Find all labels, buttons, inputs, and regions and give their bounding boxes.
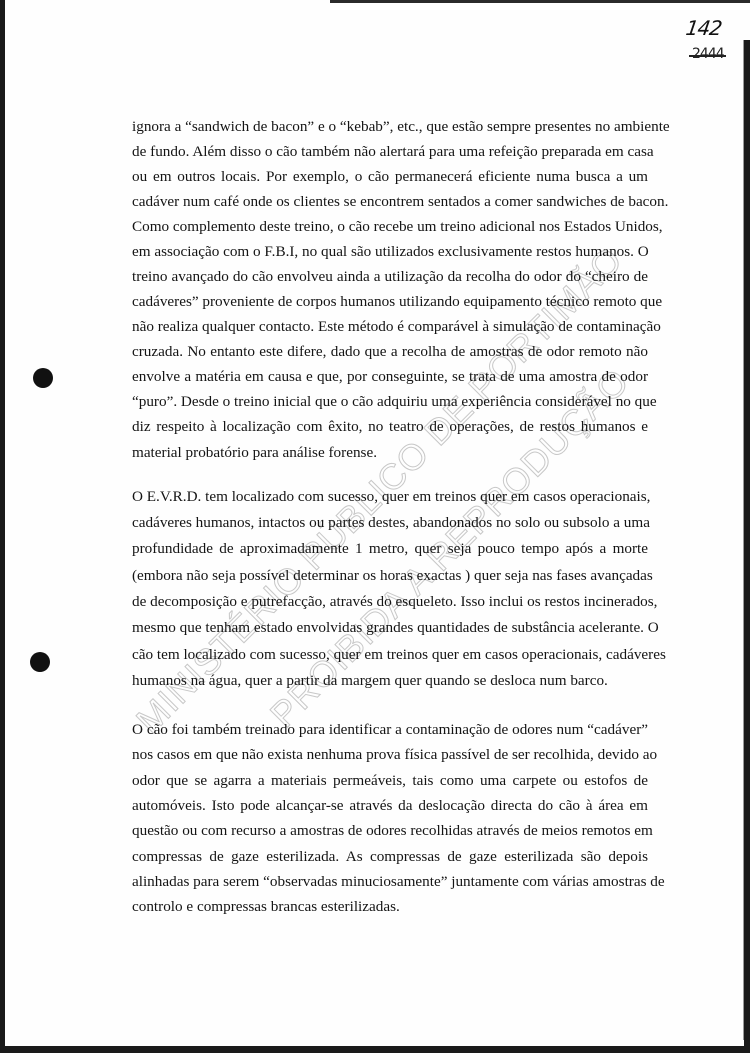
text-line: ignora a “sandwich de bacon” e o “kebab”…: [132, 114, 648, 139]
text-line: cadáver num café onde os clientes se enc…: [132, 189, 648, 214]
text-line: alinhadas para serem “observadas minucio…: [132, 869, 648, 894]
text-line: cadáveres humanos, intactos ou partes de…: [132, 510, 648, 535]
text-line: não realiza qualquer contacto. Este méto…: [132, 314, 648, 339]
folio-number: 142: [684, 16, 723, 40]
text-line: material probatório para análise forense…: [132, 440, 648, 465]
scan-edge-top: [330, 0, 750, 3]
text-line: humanos na água, quer a partir da margem…: [132, 668, 648, 693]
text-line: treino avançado do cão envolveu ainda a …: [132, 264, 648, 289]
text-line: questão ou com recurso a amostras de odo…: [132, 818, 648, 843]
punch-hole-icon: [33, 368, 53, 388]
text-line: de fundo. Além disso o cão também não al…: [132, 139, 648, 164]
text-line: ou em outros locais. Por exemplo, o cão …: [132, 164, 648, 189]
folio-number-struck: 2444: [692, 46, 724, 62]
text-line: envolve a matéria em causa e que, por co…: [132, 364, 648, 389]
text-line: cão tem localizado com sucesso, quer em …: [132, 642, 648, 667]
text-line: O cão foi também treinado para identific…: [132, 717, 648, 742]
text-line: profundidade de aproximadamente 1 metro,…: [132, 536, 648, 561]
text-line: compressas de gaze esterilizada. As comp…: [132, 844, 648, 869]
scan-edge-left: [0, 0, 5, 1053]
scan-edge-right-inner: [743, 40, 744, 1040]
scan-edge-right: [744, 40, 750, 1053]
text-line: controlo e compressas brancas esteriliza…: [132, 894, 648, 919]
text-line: nos casos em que não exista nenhuma prov…: [132, 742, 648, 767]
text-line: cadáveres” proveniente de corpos humanos…: [132, 289, 648, 314]
punch-hole-icon: [30, 652, 50, 672]
text-line: O E.V.R.D. tem localizado com sucesso, q…: [132, 484, 648, 509]
scanned-page: 142 2444 MINISTÉRIO PÚBLICO DE PORTIMÃO …: [0, 0, 750, 1053]
text-line: Como complemento deste treino, o cão rec…: [132, 214, 648, 239]
text-line: “puro”. Desde o treino inicial que o cão…: [132, 389, 648, 414]
text-line: mesmo que tenham estado envolvidas grand…: [132, 615, 648, 640]
text-line: de decomposição e putrefacção, através d…: [132, 589, 648, 614]
scan-edge-bottom: [0, 1046, 750, 1053]
text-line: cruzada. No entanto este difere, dado qu…: [132, 339, 648, 364]
text-line: odor que se agarra a materiais permeávei…: [132, 768, 648, 793]
text-line: diz respeito à localização com êxito, no…: [132, 414, 648, 439]
text-line: automóveis. Isto pode alcançar-se atravé…: [132, 793, 648, 818]
text-line: em associação com o F.B.I, no qual são u…: [132, 239, 648, 264]
text-line: (embora não seja possível determinar os …: [132, 563, 648, 588]
